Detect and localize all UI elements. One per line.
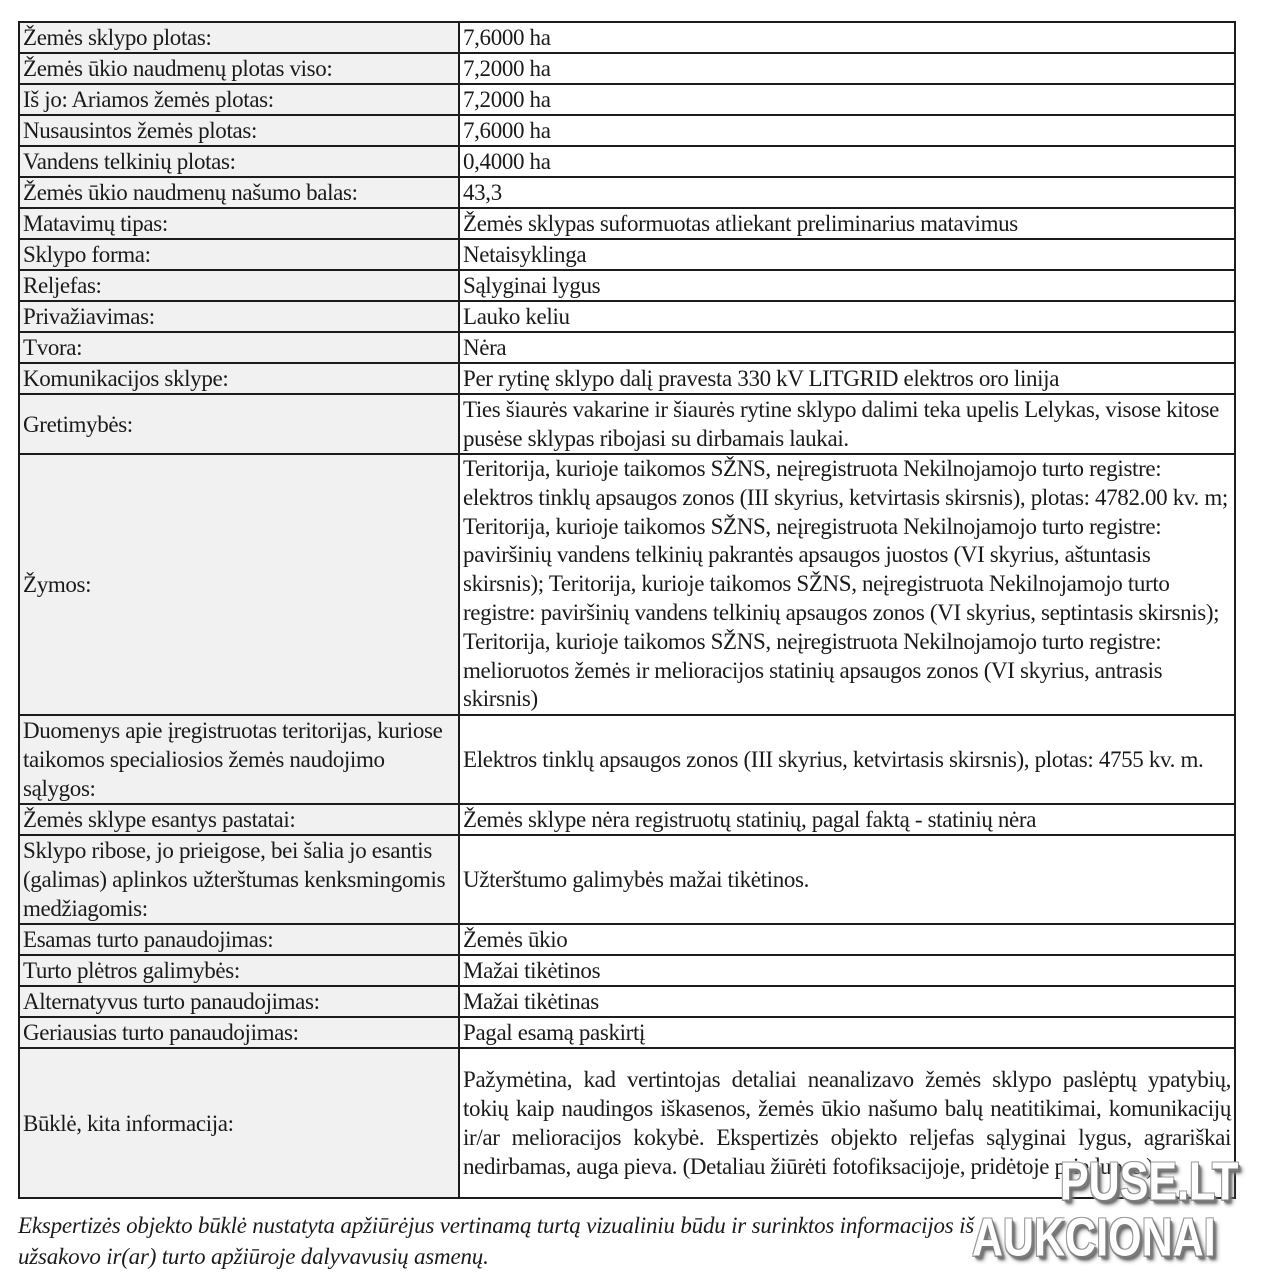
row-label: Žemės ūkio naudmenų našumo balas: xyxy=(19,177,459,208)
row-label: Esamas turto panaudojimas: xyxy=(19,924,459,955)
inspection-note-line-2: užsakovo ir(ar) turto apžiūroje dalyvavu… xyxy=(18,1241,1248,1272)
table-row: Geriausias turto panaudojimas: Pagal esa… xyxy=(19,1017,1235,1048)
table-row: Gretimybės: Ties šiaurės vakarine ir šia… xyxy=(19,394,1235,454)
row-value: Mažai tikėtinos xyxy=(459,955,1235,986)
row-label: Reljefas: xyxy=(19,270,459,301)
row-value: Teritorija, kurioje taikomos SŽNS, neįre… xyxy=(459,454,1235,715)
table-row: Žemės ūkio naudmenų našumo balas: 43,3 xyxy=(19,177,1235,208)
row-label: Tvora: xyxy=(19,332,459,363)
row-value: Sąlyginai lygus xyxy=(459,270,1235,301)
row-label: Žymos: xyxy=(19,454,459,715)
property-details-table: Žemės sklypo plotas: 7,6000 ha Žemės ūki… xyxy=(18,21,1236,1199)
row-label: Privažiavimas: xyxy=(19,301,459,332)
table-row: Žemės sklype esantys pastatai: Žemės skl… xyxy=(19,804,1235,835)
row-value: Lauko keliu xyxy=(459,301,1235,332)
row-label: Geriausias turto panaudojimas: xyxy=(19,1017,459,1048)
table-row: Alternatyvus turto panaudojimas: Mažai t… xyxy=(19,986,1235,1017)
row-value: 43,3 xyxy=(459,177,1235,208)
row-label: Žemės sklype esantys pastatai: xyxy=(19,804,459,835)
row-label: Vandens telkinių plotas: xyxy=(19,146,459,177)
row-label: Būklė, kita informacija: xyxy=(19,1048,459,1198)
row-label: Alternatyvus turto panaudojimas: xyxy=(19,986,459,1017)
table-row: Sklypo ribose, jo prieigose, bei šalia j… xyxy=(19,835,1235,924)
row-value: Nėra xyxy=(459,332,1235,363)
row-label: Nusausintos žemės plotas: xyxy=(19,115,459,146)
row-value: Pažymėtina, kad vertintojas detaliai nea… xyxy=(459,1048,1235,1198)
row-value: 7,6000 ha xyxy=(459,22,1235,53)
row-label: Sklypo ribose, jo prieigose, bei šalia j… xyxy=(19,835,459,924)
table-row: Iš jo: Ariamos žemės plotas: 7,2000 ha xyxy=(19,84,1235,115)
table-row: Turto plėtros galimybės: Mažai tikėtinos xyxy=(19,955,1235,986)
row-value: Žemės sklypas suformuotas atliekant prel… xyxy=(459,208,1235,239)
row-value: 0,4000 ha xyxy=(459,146,1235,177)
row-label: Žemės sklypo plotas: xyxy=(19,22,459,53)
property-details-sheet: Žemės sklypo plotas: 7,6000 ha Žemės ūki… xyxy=(18,21,1236,1199)
inspection-note: Ekspertizės objekto būklė nustatyta apži… xyxy=(18,1210,1248,1272)
row-value: Per rytinę sklypo dalį pravesta 330 kV L… xyxy=(459,363,1235,394)
table-row: Vandens telkinių plotas: 0,4000 ha xyxy=(19,146,1235,177)
row-label: Duomenys apie įregistruotas teritorijas,… xyxy=(19,715,459,804)
table-row: Žemės sklypo plotas: 7,6000 ha xyxy=(19,22,1235,53)
row-label: Žemės ūkio naudmenų plotas viso: xyxy=(19,53,459,84)
row-value: Žemės ūkio xyxy=(459,924,1235,955)
row-label: Sklypo forma: xyxy=(19,239,459,270)
row-value: 7,2000 ha xyxy=(459,84,1235,115)
row-label: Matavimų tipas: xyxy=(19,208,459,239)
table-row: Tvora: Nėra xyxy=(19,332,1235,363)
table-row: Būklė, kita informacija: Pažymėtina, kad… xyxy=(19,1048,1235,1198)
row-label: Komunikacijos sklype: xyxy=(19,363,459,394)
row-value: Pagal esamą paskirtį xyxy=(459,1017,1235,1048)
table-row: Esamas turto panaudojimas: Žemės ūkio xyxy=(19,924,1235,955)
row-label: Iš jo: Ariamos žemės plotas: xyxy=(19,84,459,115)
table-row: Matavimų tipas: Žemės sklypas suformuota… xyxy=(19,208,1235,239)
table-row: Nusausintos žemės plotas: 7,6000 ha xyxy=(19,115,1235,146)
table-row: Žymos: Teritorija, kurioje taikomos SŽNS… xyxy=(19,454,1235,715)
row-label: Gretimybės: xyxy=(19,394,459,454)
row-value: Mažai tikėtinas xyxy=(459,986,1235,1017)
table-row: Duomenys apie įregistruotas teritorijas,… xyxy=(19,715,1235,804)
row-value: Žemės sklype nėra registruotų statinių, … xyxy=(459,804,1235,835)
inspection-note-line-1: Ekspertizės objekto būklė nustatyta apži… xyxy=(18,1210,1248,1241)
row-value: 7,2000 ha xyxy=(459,53,1235,84)
row-value: Netaisyklinga xyxy=(459,239,1235,270)
row-value: Užterštumo galimybės mažai tikėtinos. xyxy=(459,835,1235,924)
table-row: Sklypo forma: Netaisyklinga xyxy=(19,239,1235,270)
table-row: Privažiavimas: Lauko keliu xyxy=(19,301,1235,332)
table-row: Reljefas: Sąlyginai lygus xyxy=(19,270,1235,301)
table-row: Žemės ūkio naudmenų plotas viso: 7,2000 … xyxy=(19,53,1235,84)
row-value: Elektros tinklų apsaugos zonos (III skyr… xyxy=(459,715,1235,804)
row-value: 7,6000 ha xyxy=(459,115,1235,146)
row-value: Ties šiaurės vakarine ir šiaurės rytine … xyxy=(459,394,1235,454)
table-row: Komunikacijos sklype: Per rytinę sklypo … xyxy=(19,363,1235,394)
row-label: Turto plėtros galimybės: xyxy=(19,955,459,986)
